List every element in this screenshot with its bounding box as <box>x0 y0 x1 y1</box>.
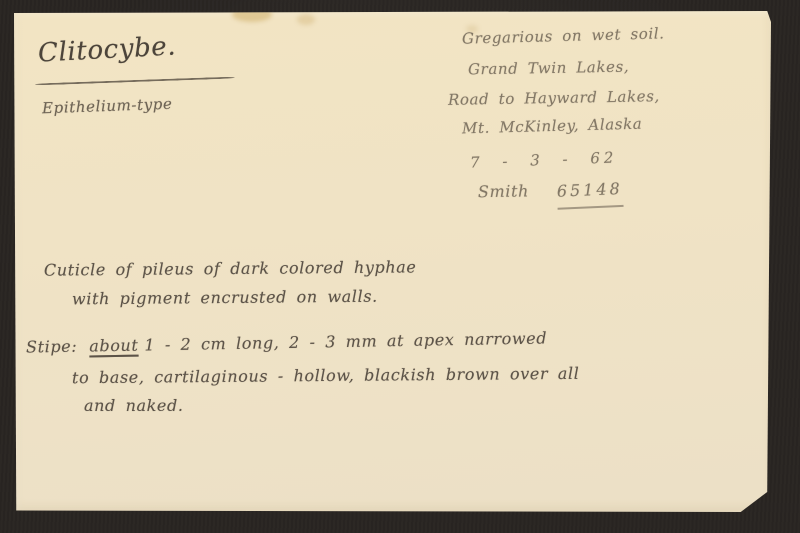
date-line: 7 - 3 - 62 <box>470 148 618 171</box>
underlined-word: about <box>89 336 138 356</box>
stipe-label: Stipe: <box>26 337 78 357</box>
cuticle-note-line-2: with pigment encrusted on walls. <box>72 287 378 309</box>
habitat-line: Gregarious on wet soil. <box>462 24 665 47</box>
locality-line-2: Road to Hayward Lakes, <box>448 87 660 109</box>
title-underline <box>35 77 235 86</box>
index-card: Clitocybe. Epithelium-type Gregarious on… <box>14 11 771 512</box>
photo-background: Clitocybe. Epithelium-type Gregarious on… <box>0 0 800 533</box>
locality-line-1: Grand Twin Lakes, <box>468 58 629 79</box>
stipe-note-line-1: Stipe:about1 - 2 cm long, 2 - 3 mm at ap… <box>26 328 547 356</box>
pileipellis-type-note: Epithelium-type <box>42 95 173 118</box>
collector-line: Smith65148 <box>478 180 623 211</box>
stipe-note-line-3: and naked. <box>84 396 184 415</box>
cuticle-note-line-1: Cuticle of pileus of dark colored hyphae <box>44 257 417 279</box>
collector-name: Smith <box>478 181 529 201</box>
stain-mark <box>297 14 315 25</box>
stain-mark <box>232 11 272 22</box>
locality-line-3: Mt. McKinley, Alaska <box>462 115 643 138</box>
collection-number: 65148 <box>556 179 623 210</box>
stipe-measurements: 1 - 2 cm long, 2 - 3 mm at apex narrowed <box>144 328 547 354</box>
stipe-note-line-2: to base, cartilaginous - hollow, blackis… <box>72 364 580 387</box>
genus-title: Clitocybe. <box>37 31 177 68</box>
